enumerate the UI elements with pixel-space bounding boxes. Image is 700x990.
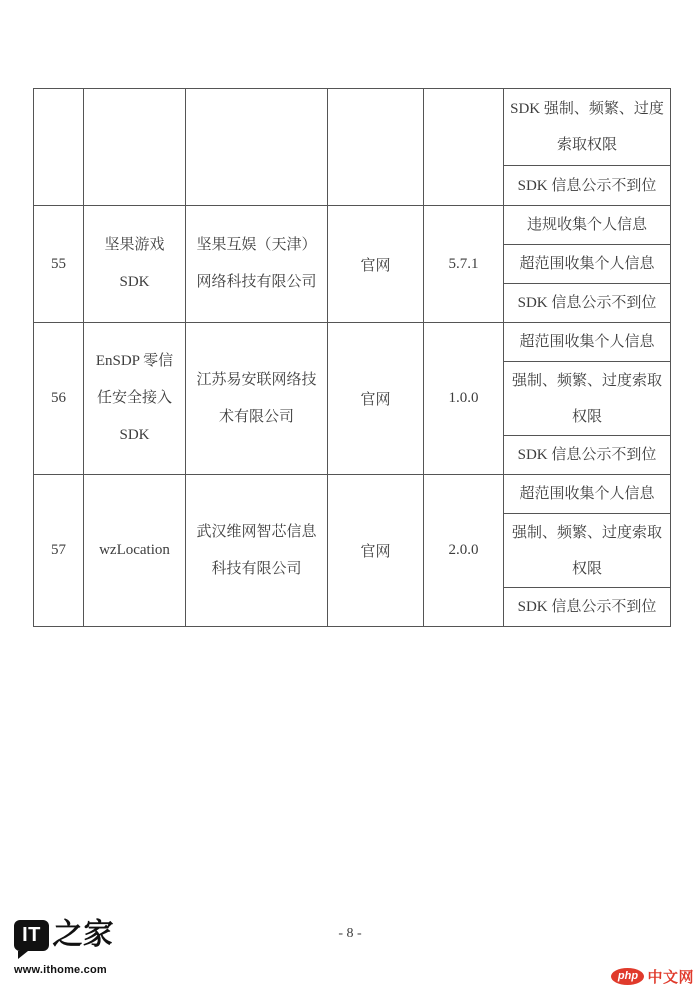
cell-violation: SDK 信息公示不到位 — [504, 588, 671, 627]
cell-source — [328, 89, 424, 206]
cell-version: 2.0.0 — [424, 475, 504, 627]
cell-company: 武汉维网智芯信息科技有限公司 — [186, 475, 328, 627]
cell-version: 1.0.0 — [424, 323, 504, 475]
cell-sdk-name: 坚果游戏 SDK — [84, 206, 186, 323]
table-row-carryover: SDK 强制、频繁、过度索取权限 — [34, 89, 671, 166]
cell-source: 官网 — [328, 475, 424, 627]
cell-violation: SDK 信息公示不到位 — [504, 284, 671, 323]
cell-source: 官网 — [328, 323, 424, 475]
cell-violation: 超范围收集个人信息 — [504, 475, 671, 514]
cell-violation: SDK 信息公示不到位 — [504, 436, 671, 475]
cell-source: 官网 — [328, 206, 424, 323]
sdk-table-container: SDK 强制、频繁、过度索取权限 SDK 信息公示不到位 55 坚果游戏 SDK… — [33, 88, 670, 627]
ithome-logo-row: IT 之家 — [14, 920, 114, 953]
phpcn-watermark: php 中文网 — [611, 966, 694, 987]
cell-violation: 强制、频繁、过度索取权限 — [504, 514, 671, 588]
cell-violation: 超范围收集个人信息 — [504, 323, 671, 362]
cell-seq — [34, 89, 84, 206]
php-logo-icon: php — [611, 968, 644, 985]
cell-violation: SDK 强制、频繁、过度索取权限 — [504, 89, 671, 166]
cell-violation: 超范围收集个人信息 — [504, 245, 671, 284]
cell-sdk-name: EnSDP 零信任安全接入 SDK — [84, 323, 186, 475]
sdk-violation-table: SDK 强制、频繁、过度索取权限 SDK 信息公示不到位 55 坚果游戏 SDK… — [33, 88, 671, 627]
cell-sdk-name: wzLocation — [84, 475, 186, 627]
table-row-55: 55 坚果游戏 SDK 坚果互娱（天津）网络科技有限公司 官网 5.7.1 违规… — [34, 206, 671, 245]
cell-company: 坚果互娱（天津）网络科技有限公司 — [186, 206, 328, 323]
cell-seq: 56 — [34, 323, 84, 475]
table-row-56: 56 EnSDP 零信任安全接入 SDK 江苏易安联网络技术有限公司 官网 1.… — [34, 323, 671, 362]
document-page: SDK 强制、频繁、过度索取权限 SDK 信息公示不到位 55 坚果游戏 SDK… — [0, 0, 700, 990]
table-row-57: 57 wzLocation 武汉维网智芯信息科技有限公司 官网 2.0.0 超范… — [34, 475, 671, 514]
cell-version — [424, 89, 504, 206]
cell-violation: 强制、频繁、过度索取权限 — [504, 362, 671, 436]
phpcn-brand-text: 中文网 — [647, 966, 694, 987]
cell-company: 江苏易安联网络技术有限公司 — [186, 323, 328, 475]
ithome-watermark: IT 之家 www.ithome.com — [14, 920, 114, 976]
cell-violation: SDK 信息公示不到位 — [504, 166, 671, 206]
ithome-brand-text: 之家 — [52, 918, 114, 953]
cell-violation: 违规收集个人信息 — [504, 206, 671, 245]
cell-seq: 55 — [34, 206, 84, 323]
ithome-logo-text: IT — [22, 924, 41, 947]
cell-company — [186, 89, 328, 206]
cell-seq: 57 — [34, 475, 84, 627]
ithome-url-text: www.ithome.com — [14, 964, 114, 976]
cell-version: 5.7.1 — [424, 206, 504, 323]
cell-sdk-name — [84, 89, 186, 206]
ithome-logo-icon: IT — [14, 920, 49, 951]
